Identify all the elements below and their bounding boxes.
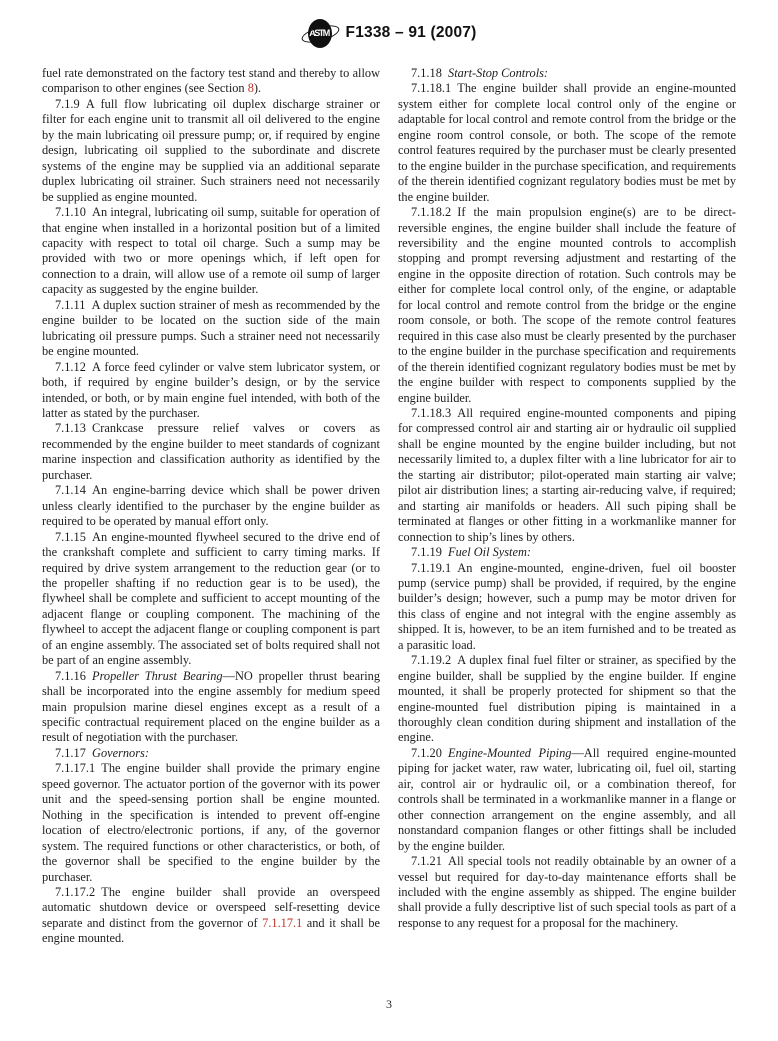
paragraph: 7.1.16 Propeller Thrust Bearing—NO prope… xyxy=(42,669,380,746)
page-number: 3 xyxy=(0,997,778,1012)
paragraph: 7.1.19 Fuel Oil System: xyxy=(398,545,736,560)
paragraph: 7.1.9 A full flow lubricating oil duplex… xyxy=(42,97,380,205)
paragraph: 7.1.18.3 All required engine-mounted com… xyxy=(398,406,736,545)
text-segment: 7.1.13 Crankcase pressure relief valves … xyxy=(42,421,380,481)
astm-logo-icon: ASTM xyxy=(302,16,338,50)
text-segment: 7.1.21 All special tools not readily obt… xyxy=(398,854,736,930)
text-segment: Engine-Mounted Piping xyxy=(448,746,571,760)
text-segment: 7.1.17 xyxy=(55,746,92,760)
text-segment: fuel rate demonstrated on the factory te… xyxy=(42,66,380,95)
text-segment: Fuel Oil System: xyxy=(448,545,531,559)
left-column: fuel rate demonstrated on the factory te… xyxy=(42,66,380,947)
text-segment: 7.1.19.2 A duplex final fuel filter or s… xyxy=(398,653,736,744)
paragraph: 7.1.10 An integral, lubricating oil sump… xyxy=(42,205,380,298)
paragraph: 7.1.18.2 If the main propulsion engine(s… xyxy=(398,205,736,406)
paragraph: 7.1.17.1 The engine builder shall provid… xyxy=(42,761,380,885)
text-segment: —All required engine-mounted piping for … xyxy=(398,746,736,853)
text-segment: Propeller Thrust Bearing xyxy=(92,669,223,683)
text-segment: 7.1.17.1 The engine builder shall provid… xyxy=(42,761,380,883)
paragraph: 7.1.14 An engine-barring device which sh… xyxy=(42,483,380,529)
text-segment: 7.1.16 xyxy=(55,669,92,683)
paragraph-continuation: fuel rate demonstrated on the factory te… xyxy=(42,66,380,97)
paragraph: 7.1.11 A duplex suction strainer of mesh… xyxy=(42,298,380,360)
text-segment: 7.1.18.1 The engine builder shall provid… xyxy=(398,81,736,203)
two-column-body: fuel rate demonstrated on the factory te… xyxy=(42,66,737,947)
paragraph: 7.1.19.2 A duplex final fuel filter or s… xyxy=(398,653,736,746)
text-segment: 7.1.15 An engine-mounted flywheel secure… xyxy=(42,530,380,668)
paragraph: 7.1.18.1 The engine builder shall provid… xyxy=(398,81,736,205)
text-segment: 7.1.18 xyxy=(411,66,448,80)
page-header: ASTM F1338 – 91 (2007) xyxy=(0,0,778,66)
text-segment: 7.1.18.2 If the main propulsion engine(s… xyxy=(398,205,736,404)
text-segment: 7.1.12 A force feed cylinder or valve st… xyxy=(42,360,380,420)
paragraph: 7.1.19.1 An engine-mounted, engine-drive… xyxy=(398,561,736,654)
text-segment: 7.1.9 A full flow lubricating oil duplex… xyxy=(42,97,380,204)
paragraph: 7.1.21 All special tools not readily obt… xyxy=(398,854,736,931)
text-segment: 7.1.19.1 An engine-mounted, engine-drive… xyxy=(398,561,736,652)
section-ref-link[interactable]: 7.1.17.1 xyxy=(262,916,302,930)
text-segment: Start-Stop Controls: xyxy=(448,66,548,80)
text-segment: ). xyxy=(254,81,261,95)
text-segment: Governors: xyxy=(92,746,149,760)
paragraph: 7.1.15 An engine-mounted flywheel secure… xyxy=(42,530,380,669)
text-segment: 7.1.10 An integral, lubricating oil sump… xyxy=(42,205,380,296)
astm-logo-letters: ASTM xyxy=(308,19,332,48)
text-segment: 7.1.19 xyxy=(411,545,448,559)
text-segment: 7.1.14 An engine-barring device which sh… xyxy=(42,483,380,528)
paragraph: 7.1.13 Crankcase pressure relief valves … xyxy=(42,421,380,483)
text-segment: 7.1.18.3 All required engine-mounted com… xyxy=(398,406,736,544)
paragraph: 7.1.18 Start-Stop Controls: xyxy=(398,66,736,81)
text-segment: 7.1.11 A duplex suction strainer of mesh… xyxy=(42,298,380,358)
standard-designation: F1338 – 91 (2007) xyxy=(346,24,477,42)
paragraph: 7.1.20 Engine-Mounted Piping—All require… xyxy=(398,746,736,854)
paragraph: 7.1.17 Governors: xyxy=(42,746,380,761)
document-page: ASTM F1338 – 91 (2007) fuel rate demonst… xyxy=(0,0,778,1041)
paragraph: 7.1.12 A force feed cylinder or valve st… xyxy=(42,360,380,422)
paragraph: 7.1.17.2 The engine builder shall provid… xyxy=(42,885,380,947)
text-segment: 7.1.20 xyxy=(411,746,448,760)
right-column: 7.1.18 Start-Stop Controls:7.1.18.1 The … xyxy=(398,66,736,947)
